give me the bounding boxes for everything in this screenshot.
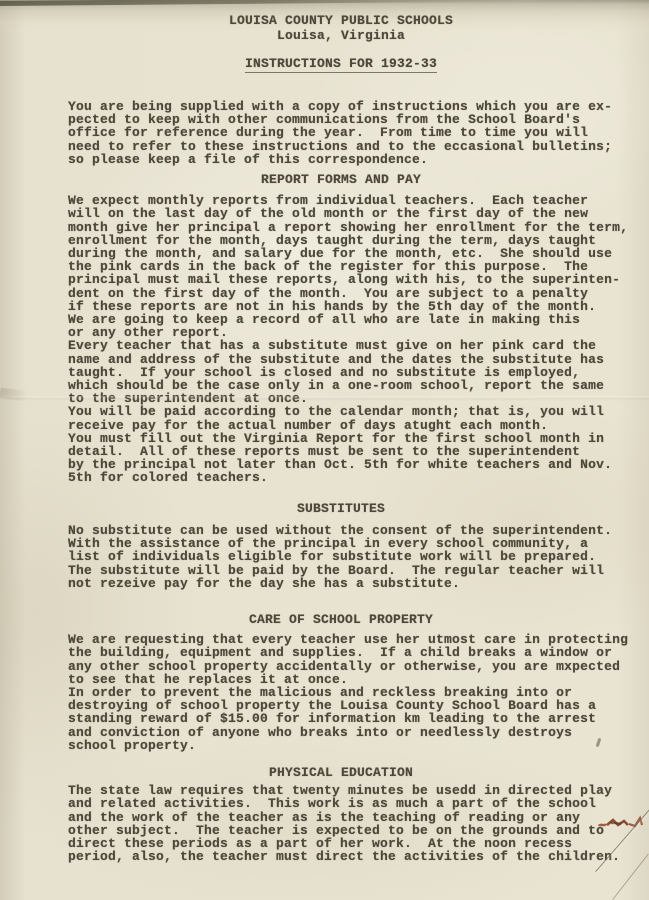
section-body-physical-education: The state law requires that twenty minut… bbox=[68, 784, 640, 863]
section-heading-substitutes: SUBSTITUTES bbox=[68, 502, 640, 515]
paragraph: You must fill out the Virginia Report fo… bbox=[68, 432, 640, 485]
left-edge-crease bbox=[0, 388, 35, 403]
organization-location: Louisa, Virginia bbox=[68, 28, 614, 43]
paragraph: In order to prevent the malicious and re… bbox=[68, 686, 640, 752]
paragraph: You will be paid according to the calend… bbox=[68, 405, 640, 431]
section-body-substitutes: No substitute can be used without the co… bbox=[68, 524, 640, 590]
organization-name: LOUISA COUNTY PUBLIC SCHOOLS bbox=[68, 13, 614, 28]
section-heading-report-forms-and-pay: REPORT FORMS AND PAY bbox=[68, 173, 640, 186]
section-heading-care-of-school-property: CARE OF SCHOOL PROPERTY bbox=[68, 613, 640, 626]
scanned-document-page: LOUISA COUNTY PUBLIC SCHOOLS Louisa, Vir… bbox=[0, 0, 649, 900]
paragraph: We expect monthly reports from individua… bbox=[68, 194, 640, 339]
paragraph: No substitute can be used without the co… bbox=[68, 524, 640, 590]
typed-content: LOUISA COUNTY PUBLIC SCHOOLS Louisa, Vir… bbox=[68, 13, 640, 863]
scan-top-edge-line bbox=[0, 0, 594, 6]
section-body-report-forms-and-pay: We expect monthly reports from individua… bbox=[68, 194, 640, 484]
intro-paragraph: You are being supplied with a copy of in… bbox=[68, 100, 640, 166]
paragraph: Every teacher that has a substitute must… bbox=[68, 339, 640, 405]
document-title-wrap: INSTRUCTIONS FOR 1932-33 bbox=[68, 56, 640, 73]
document-title: INSTRUCTIONS FOR 1932-33 bbox=[245, 56, 437, 73]
section-body-care-of-school-property: We are requesting that every teacher use… bbox=[68, 633, 640, 752]
paragraph: The state law requires that twenty minut… bbox=[68, 784, 640, 863]
document-header: LOUISA COUNTY PUBLIC SCHOOLS Louisa, Vir… bbox=[68, 13, 640, 43]
section-heading-physical-education: PHYSICAL EDUCATION bbox=[68, 766, 640, 779]
paragraph: We are requesting that every teacher use… bbox=[68, 633, 640, 686]
